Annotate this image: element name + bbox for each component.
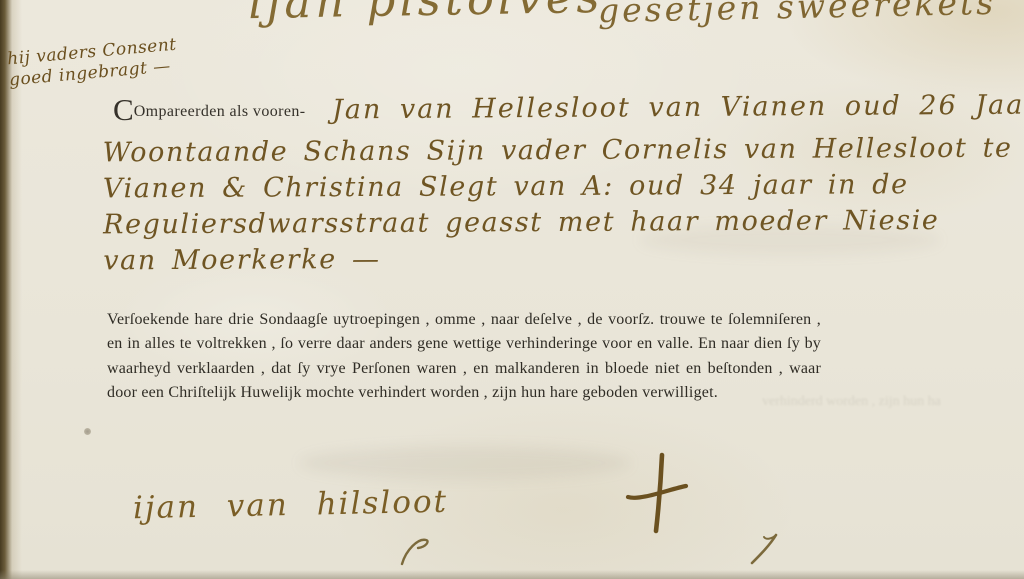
entry-handwritten-line3: Vianen & Christina Slegt van A: oud 34 j…	[103, 167, 1013, 208]
printed-banns-paragraph: Verſoekende hare drie Sondaagſe uytroepi…	[107, 308, 821, 406]
printed-lead: COmpareerden als vooren-	[113, 97, 305, 123]
show-through-blur	[300, 446, 630, 480]
entry-handwritten-line4: Reguliersdwarsstraat geasst met haar moe…	[103, 203, 1013, 244]
bottom-edge-stroke-fragment	[398, 536, 432, 570]
entry-handwritten-line1: Jan van Hellesloot van Vianen oud 26 Jaa…	[332, 90, 1024, 126]
show-through-text: verhinderd worden , zijn hun ha	[762, 394, 1012, 410]
top-edge-signature-fragment-center: ijan pistolves	[248, 0, 604, 29]
entry-handwritten-line5: van Moerkerke —	[103, 239, 1013, 280]
printed-lead-text: Ompareerden als vooren-	[134, 103, 306, 120]
entry-handwritten-block: Woontaande Schans Sijn vader Cornelis va…	[103, 131, 1014, 280]
page-bottom-edge	[0, 570, 1024, 579]
bottom-edge-stroke-fragment	[748, 533, 782, 569]
groom-signature: ijan van hilsloot	[133, 484, 449, 527]
top-edge-signature-fragment-right: gesetjen sweerekets	[598, 0, 997, 30]
margin-note: hij vaders Consent goed ingebragt —	[6, 35, 179, 92]
register-page: ijan pistolves gesetjen sweerekets hij v…	[0, 0, 1024, 579]
bride-cross-mark-icon	[622, 449, 694, 545]
printed-lead-dropcap: C	[113, 92, 134, 127]
paper-speck	[84, 428, 91, 435]
entry-handwritten-line2: Woontaande Schans Sijn vader Cornelis va…	[103, 131, 1013, 172]
